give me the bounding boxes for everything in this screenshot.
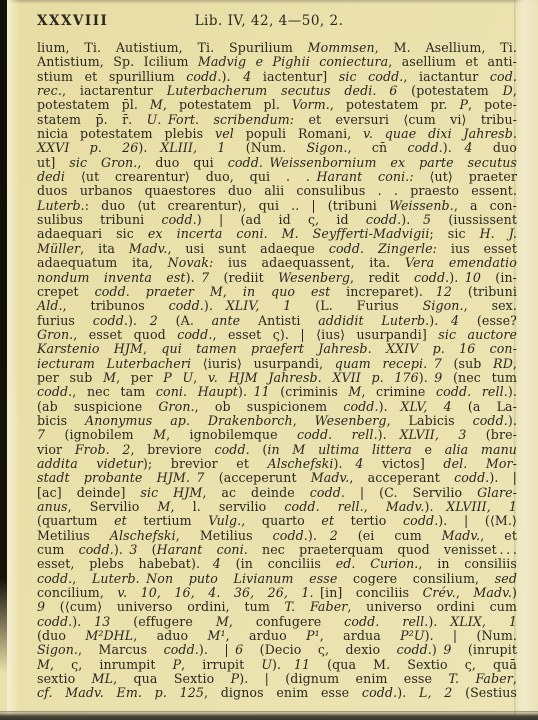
book-page: XXXVIII Lib. IV, 42, 4—50, 2. lium, Ti. …	[0, 0, 538, 720]
text-line: adaequatum ita, Novak: ius adaequassent,…	[37, 256, 517, 270]
text-line: codd.). 13 (effugere M, confugere codd. …	[37, 615, 517, 629]
text-line: nondum inventa est). 7 (rediit Wesenberg…	[37, 271, 517, 285]
text-line: cum codd.). 3 (Harant coni. nec praeterq…	[37, 543, 517, 557]
text-line: nicia potestatem plebis vel populi Roman…	[37, 127, 517, 141]
text-line: lium, Ti. Autistium, Ti. Spurilium Momms…	[37, 41, 517, 55]
text-line: (ab suspicione Gron., ob suspicionem cod…	[37, 400, 517, 414]
text-line: rec., iactarentur Luterbacherum secutus …	[37, 84, 517, 98]
text-line: iecturam Luterbacheri ⟨iuris⟩ usurpandi,…	[37, 357, 517, 371]
left-scan-edge	[0, 0, 7, 672]
text-line: potestatem p̄l. M, potestatem pl. Vorm.,…	[37, 98, 517, 112]
text-line: (quartum et tertium Vulg., quarto et ter…	[37, 514, 517, 528]
text-line: Metilius Alschefski, Metilius codd.). 2 …	[37, 529, 517, 543]
text-line: furius codd.). 2 (A. ante Antisti addidi…	[37, 314, 517, 328]
text-line: 7 (ignobilem M, ignobilemque codd. rell.…	[37, 428, 517, 442]
text-block: lium, Ti. Autistium, Ti. Spurilium Momms…	[37, 41, 517, 701]
text-line: Antistium, Sp. Icilium Madvig e Pighii c…	[37, 55, 517, 69]
text-line: Müller, ita Madv., usi sunt adaeque codd…	[37, 242, 517, 256]
text-line: Karstenio HJM, qui tamen praefert Jahres…	[37, 342, 517, 356]
top-edge-shadow	[0, 0, 538, 4]
left-edge-highlight	[7, 0, 20, 720]
text-line: addita videtur); brevior et Alschefski).…	[37, 457, 517, 471]
text-line: cf. Madv. Em. p. 125, dignos enim esse c…	[37, 686, 517, 700]
text-line: Luterb.: duo ⟨ut crearentur⟩, qui .. | (…	[37, 199, 517, 213]
text-line: 9 (⟨cum⟩ universo ordini, tum T. Faber, …	[37, 600, 517, 614]
text-line: statem p̄. r̄. U. Fort. scribendum: et e…	[37, 113, 517, 127]
text-line: dedi ⟨ut crearentur⟩ duo, qui . . Harant…	[37, 170, 517, 184]
text-line: ut] sic Gron., duo qui codd. Weissenborn…	[37, 156, 517, 170]
running-title: Lib. IV, 42, 4—50, 2.	[0, 13, 538, 29]
page-header: XXXVIII Lib. IV, 42, 4—50, 2.	[0, 13, 538, 31]
text-line: codd., nec tam coni. Haupt). 11 (crimini…	[37, 385, 517, 399]
text-line: XXVI p. 26). XLIII, 1 (Num. Sigon., cn̄ …	[37, 141, 517, 155]
text-line: per sub M, per P U, v. HJM Jahresb. XVII…	[37, 371, 517, 385]
text-line: codd., Luterb. Non puto Livianum esse co…	[37, 572, 517, 586]
text-line: M, ς, inrumpit P, irrupit U). 11 (qua M.…	[37, 658, 517, 672]
bottom-scan-edge	[0, 711, 538, 720]
text-line: sextio ML, qua Sextio P). | (dignum enim…	[37, 672, 517, 686]
text-line: adaequari sic ex incerta coni. M. Seyffe…	[37, 227, 517, 241]
text-line: duos urbanos quaestores duo alii consuli…	[37, 184, 517, 198]
text-line: (duo M²DHL, aduo M¹, arduo P¹, ardua P²U…	[37, 629, 517, 643]
right-page-edge	[514, 0, 538, 720]
text-line: Sigon., Marcus codd.). | 6 (Decio ς, dex…	[37, 643, 517, 657]
text-line: concilium, v. 10, 16, 4. 36, 26, 1. [in]…	[37, 586, 517, 600]
text-line: [ac] deinde] sic HJM, ac deinde codd. | …	[37, 486, 517, 500]
text-line: Gron., esset quod codd., esset ς). | ⟨iu…	[37, 328, 517, 342]
text-line: bicis Anonymus ap. Drakenborch, Wesenber…	[37, 414, 517, 428]
text-line: Ald., tribunos codd.). XLIV, 1 (L. Furiu…	[37, 299, 517, 313]
text-line: sulibus tribuni codd.) | (ad id ς, id co…	[37, 213, 517, 227]
text-line: anus, Servilio M, l. servilio codd. rell…	[37, 500, 517, 514]
text-line: crepet codd. praeter M, in quo est incre…	[37, 285, 517, 299]
text-line: stadt probante HJM. 7 (acceperunt Madv.,…	[37, 471, 517, 485]
text-line: vior Frob. 2, breviore codd. (in M ultim…	[37, 443, 517, 457]
text-line: stium et spurillium codd.). 4 iactentur]…	[37, 70, 517, 84]
text-line: esset, plebs habebat). 4 (in conciliis e…	[37, 557, 517, 571]
